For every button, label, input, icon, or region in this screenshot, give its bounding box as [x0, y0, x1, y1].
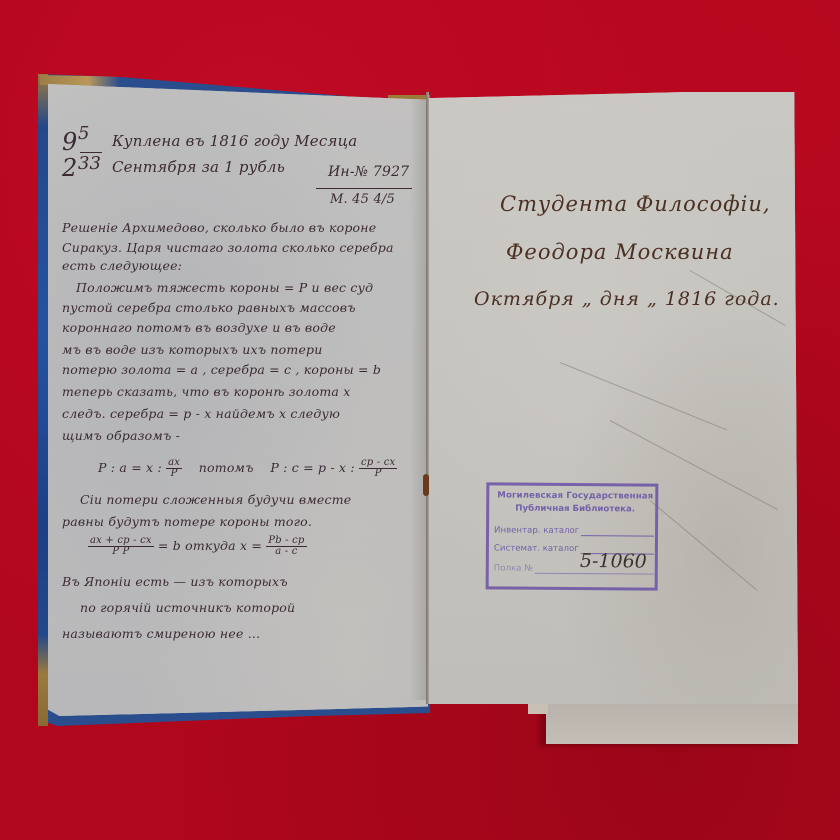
text-line: следъ. серебра = p - x найдемъ x следую	[62, 406, 340, 421]
book-gutter	[426, 92, 429, 704]
underlying-page	[546, 702, 798, 744]
stamp-subtitle: Публичная Библиотека.	[495, 503, 655, 514]
text-line: по горячiй источникъ которой	[80, 600, 295, 615]
acq-digit-sub: 33	[78, 152, 101, 176]
stamp-shelf-label: Полка №	[494, 563, 533, 573]
fraction-rule	[80, 152, 102, 153]
formula-1-fraction: ax P	[166, 458, 182, 479]
text-line: называютъ смиреною нее ...	[62, 626, 260, 641]
formula-2-den: P P	[88, 547, 154, 557]
inscription-line-3: Октября „ дня „ 1816 года.	[474, 288, 780, 310]
catalog-rule	[316, 188, 412, 189]
library-stamp: Могилевская Государственная Публичная Би…	[486, 482, 659, 590]
acquisition-number: 9 5	[62, 130, 77, 154]
formula-1-den: P	[166, 469, 182, 479]
text-line: щимъ образомъ -	[62, 428, 180, 443]
inscription-line-1: Студента Философiи,	[500, 192, 771, 216]
text-line: есть следующее:	[62, 258, 182, 273]
formula-1-right: P : c = p - x :	[270, 460, 354, 475]
text-line: Сiи потери сложенныя будучи вместе	[80, 492, 351, 507]
acq-digit-top: 9	[62, 128, 77, 156]
text-line: теперь сказать, что въ коронѣ золота x	[62, 384, 351, 399]
text-line: равны будутъ потере короны того.	[62, 514, 312, 529]
formula-1-right-den: P	[359, 469, 397, 479]
text-line: Сиракуз. Царя чистаго золота сколько сер…	[62, 240, 394, 255]
formula-1-left: P : a = x :	[98, 460, 162, 475]
book-photograph: 9 5 2 33 Куплена въ 1816 году Месяца Сен…	[0, 0, 840, 840]
text-line: Въ Японiи есть — изъ которыхъ	[62, 574, 288, 589]
stamp-title: Могилевская Государственная	[495, 490, 655, 501]
acquisition-number-2: 2 33	[62, 156, 77, 180]
cover-edge-marbled	[38, 74, 48, 726]
stamp-systematic-label: Системат. каталог	[494, 543, 579, 554]
text-line: короннаго потомъ въ воздухе и въ воде	[62, 320, 336, 335]
binding-thread	[423, 474, 429, 496]
formula-2: ax + cp - cx P P = b откуда x = Pb - cp …	[88, 536, 307, 557]
formula-1-right-fraction: cp - cx P	[359, 458, 397, 479]
formula-2-res-den: a - c	[266, 547, 306, 557]
formula-1-mid: потомъ	[199, 460, 254, 475]
stamp-row-inventory: Инвентар. каталог	[494, 525, 654, 536]
acq-digit-sup: 5	[78, 122, 89, 146]
formula-1: P : a = x : ax P потомъ P : c = p - x : …	[98, 458, 397, 479]
formula-2-eq: = b откуда x =	[158, 538, 262, 553]
right-page	[428, 92, 798, 704]
heading-line-1: Куплена въ 1816 году Месяца	[112, 132, 357, 150]
text-line: мъ въ воде изъ которыхъ ихъ потери	[62, 342, 323, 357]
shelf-number: 5-1060	[580, 550, 647, 572]
catalog-mark: Ин-№ 7927	[328, 164, 409, 180]
text-line: потерю золота = a , серебра = c , короны…	[62, 362, 381, 377]
stamp-line	[581, 527, 654, 537]
formula-2-result: Pb - cp a - c	[266, 536, 306, 557]
catalog-sub-mark: М. 45 4/5	[330, 192, 395, 207]
text-line: Положимъ тяжесть короны = P и вес суд	[76, 280, 373, 295]
text-line: Решенiе Архимедово, сколько было въ коро…	[62, 220, 376, 235]
heading-line-2: Сентября за 1 рубль	[112, 158, 285, 176]
formula-2-fraction: ax + cp - cx P P	[88, 536, 154, 557]
inscription-line-2: Феодора Москвина	[506, 240, 734, 264]
acq-digit-bottom: 2	[62, 154, 77, 182]
stamp-inventory-label: Инвентар. каталог	[494, 525, 579, 536]
text-line: пустой серебра столько равныхъ массовъ	[62, 300, 356, 315]
